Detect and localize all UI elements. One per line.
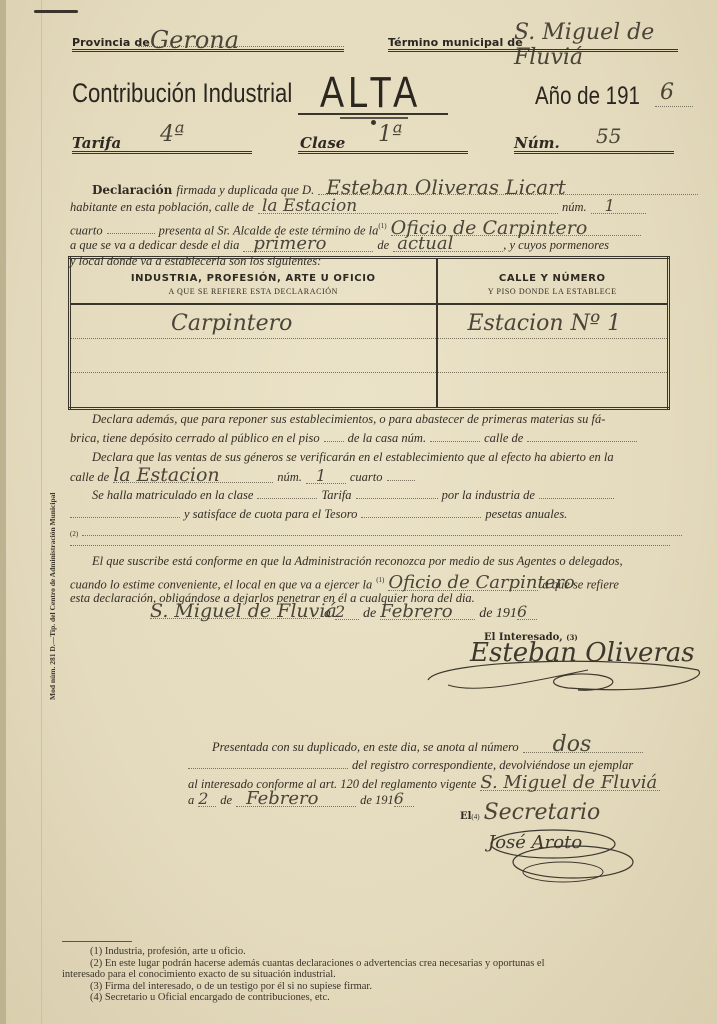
industria-value: Carpintero [171,311,292,336]
num-casa-value: 1 [591,199,646,214]
clase-value: 1ª [378,122,402,147]
date-line: S. Miguel de Fluviá a 2 de Febrero de 19… [150,604,699,628]
provincia-rule [72,49,344,52]
conforme-line-2: cuando lo estime conveniente, el local e… [70,572,699,588]
registro-line-2: del registro correspondiente, devolviénd… [188,757,699,773]
ventas-calle-value: la Estacion [113,468,273,483]
registro-lugar-value: S. Miguel de Fluviá [480,776,660,791]
registro-day-value: 2 [198,792,216,807]
registro-cargo-line: El(4) Secretario [460,800,600,824]
ornament-dot [371,120,376,125]
document-page: Provincia de Gerona Término municipal de… [0,0,717,1024]
date-month-value: Febrero [380,605,475,620]
top-mark [34,10,78,13]
matricula-line-2: y satisface de cuota para el Tesoro pese… [70,506,699,522]
col1-header: INDUSTRIA, PROFESIÓN, ARTE U OFICIO [71,273,436,284]
title-contribucion: Contribución Industrial [72,78,292,109]
dia-value: primero [243,237,373,252]
ventas-line-2: calle de la Estacion núm. 1 cuarto [70,468,699,484]
declaracion-line-1: Declaración firmada y duplicada que D. E… [92,180,699,196]
margin-print-text: Mod núm. 281 D.—Tip. del Centro de Admin… [48,493,57,700]
provincia-field: Provincia de Gerona [72,30,344,50]
footnote-2: (2) En este lugar podrán hacerse además … [62,958,702,970]
num-rule [514,151,674,154]
termino-field: Término municipal de S. Miguel de Fluviá [388,30,717,50]
calle-numero-value: Estacion Nº 1 [468,311,622,336]
calle-value: la Estacion [258,199,558,214]
termino-value: S. Miguel de Fluviá [514,20,717,70]
provincia-label: Provincia de [72,36,150,49]
termino-label: Término municipal de [388,36,523,49]
date-place-value: S. Miguel de Fluviá [150,604,320,619]
industria-table: INDUSTRIA, PROFESIÓN, ARTE U OFICIO A QU… [68,256,670,410]
ano-value: 6 [660,80,674,105]
margin-line [41,0,42,1024]
footnote-1: (1) Industria, profesión, arte u oficio. [62,946,702,958]
declaracion-line-4: a que se va a dedicar desde el dia prime… [70,237,699,253]
registro-line-1: Presentada con su duplicado, en este dia… [212,738,699,754]
ventas-line-1: Declara que las ventas de sus géneros se… [92,449,699,465]
matricula-line-1: Se halla matriculado en la clase Tarifa … [92,487,699,503]
calle-column: CALLE Y NÚMERO Y PISO DONDE LA ESTABLECE… [437,258,669,409]
clase-label: Clase [300,134,345,152]
registro-numero-value: dos [523,738,643,753]
conforme-line-1: El que suscribe está conforme en que la … [92,553,699,569]
declaracion-line-2: habitante en esta población, calle de la… [70,199,699,215]
registro-month-value: Febrero [236,792,356,807]
termino-rule [388,49,678,52]
tarifa-label: Tarifa [72,134,121,152]
footnote-2-cont: interesado para el conocimiento exacto d… [62,969,702,981]
title-alta: ALTA [320,68,421,118]
date-day-value: 2 [335,605,359,620]
col1-subheader: A QUE SE REFIERE ESTA DECLARACIÓN [71,287,436,296]
date-year-value: 6 [517,605,537,620]
footnotes: (1) Industria, profesión, arte u oficio.… [62,946,702,1004]
page-edge [0,0,6,1024]
signature-flourish-icon [418,640,717,700]
deposito-line-1: Declara además, que para reponer sus est… [92,411,699,427]
col2-header: CALLE Y NÚMERO [438,273,668,284]
secretario-flourish-icon [478,822,648,892]
col2-subheader: Y PISO DONDE LA ESTABLECE [438,287,668,296]
declaracion-line-3: cuarto presenta al Sr. Alcalde de este t… [70,218,699,234]
industria-column: INDUSTRIA, PROFESIÓN, ARTE U OFICIO A QU… [70,258,437,409]
registro-year-value: 6 [394,792,414,807]
clase-rule [298,151,468,154]
mes-value: actual [393,237,503,252]
tarifa-rule [72,151,252,154]
alta-rule [298,113,448,115]
num-value: 55 [596,124,621,148]
ano-label: Año de 191 [535,82,640,111]
observaciones-line: (2) [70,524,699,540]
footnote-rule [62,941,132,942]
nombre-value: Esteban Oliveras Licart [318,180,698,195]
footnote-4: (4) Secretario u Oficial encargado de co… [62,992,702,1004]
footnote-3: (3) Firma del interesado, o de un testig… [62,981,702,993]
tarifa-value: 4ª [160,122,184,147]
num-label: Núm. [514,134,560,152]
ventas-num-value: 1 [306,469,346,484]
deposito-line-2: brica, tiene depósito cerrado al público… [70,430,699,446]
registro-date-line: a 2 de Febrero de 1916 [188,792,699,812]
